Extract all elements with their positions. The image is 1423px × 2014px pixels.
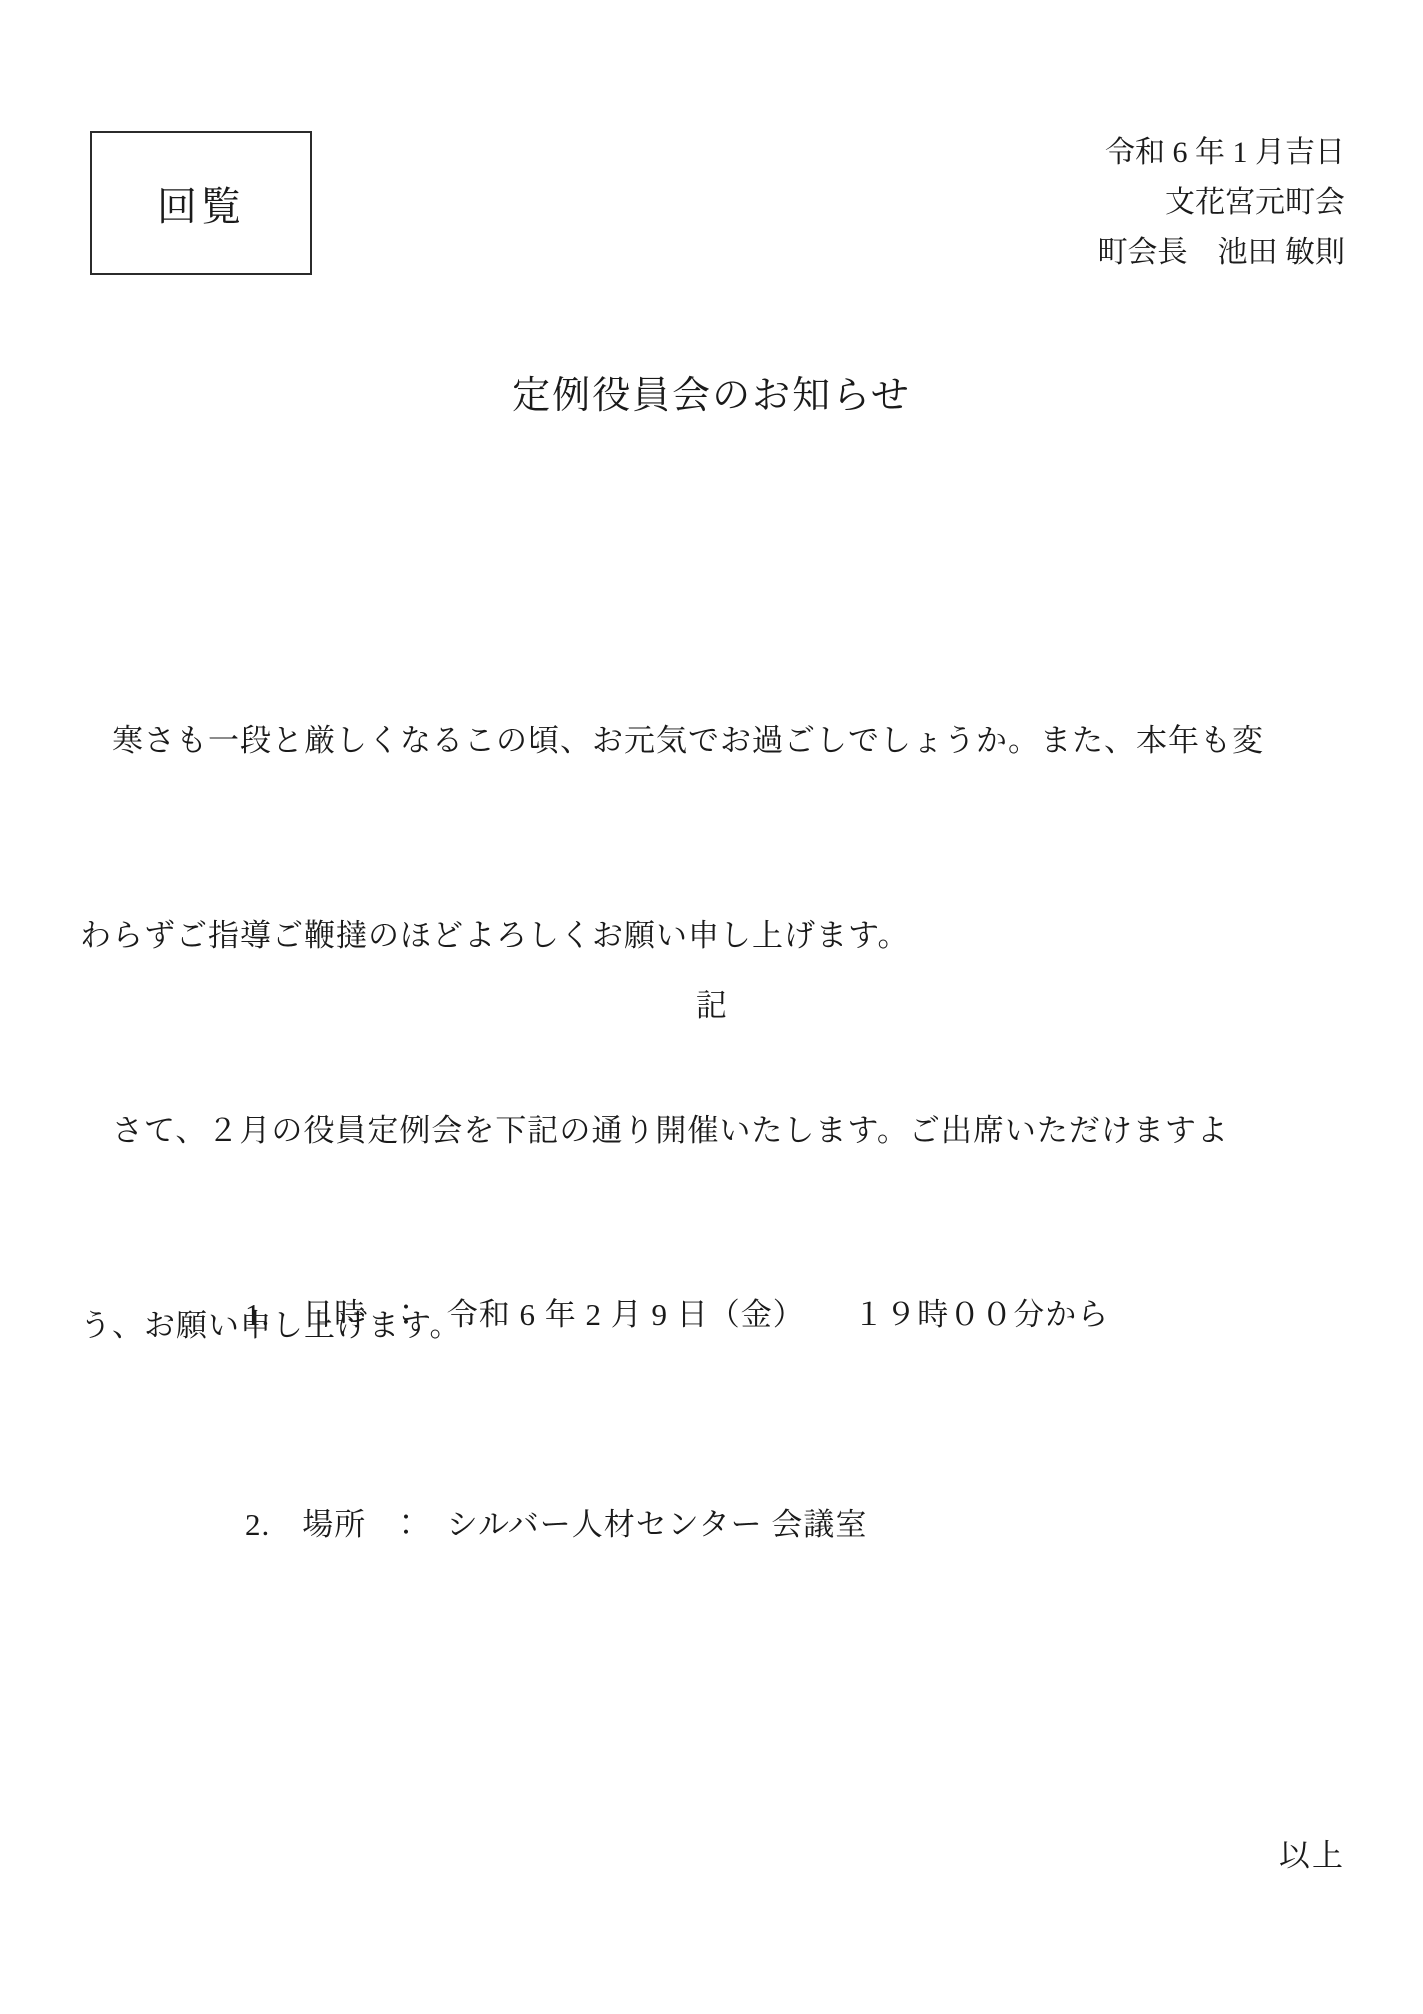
document-header-block: 令和 6 年 1 月吉日 文花宮元町会 町会長 池田 敏則 xyxy=(1098,128,1346,278)
page-title: 定例役員会のお知らせ xyxy=(0,372,1423,420)
list-item-location: 2. 場所 ： シルバー人材センター 会議室 xyxy=(245,1490,1109,1560)
closing-marker: 以上 xyxy=(1279,1835,1345,1877)
body-line: 寒さも一段と厳しくなるこの頃、お元気でお過ごしでしょうか。また、本年も変 xyxy=(80,708,1345,773)
circulation-stamp-box: 回覧 xyxy=(90,131,312,275)
meeting-detail-list: 1. 日時 ： 令和 6 年 2 月 9 日（金） １９時００分から 2. 場所… xyxy=(245,1140,1109,1700)
header-date-line: 令和 6 年 1 月吉日 xyxy=(1098,128,1346,178)
circulation-label: 回覧 xyxy=(157,175,245,232)
header-author-line: 町会長 池田 敏則 xyxy=(1098,228,1346,278)
document-page: 回覧 令和 6 年 1 月吉日 文花宮元町会 町会長 池田 敏則 定例役員会のお… xyxy=(0,0,1423,2014)
record-marker: 記 xyxy=(0,983,1423,1029)
body-line: わらずご指導ご鞭撻のほどよろしくお願い申し上げます。 xyxy=(80,903,1345,968)
header-organization-line: 文花宮元町会 xyxy=(1098,178,1346,228)
list-item-datetime: 1. 日時 ： 令和 6 年 2 月 9 日（金） １９時００分から xyxy=(245,1280,1109,1350)
